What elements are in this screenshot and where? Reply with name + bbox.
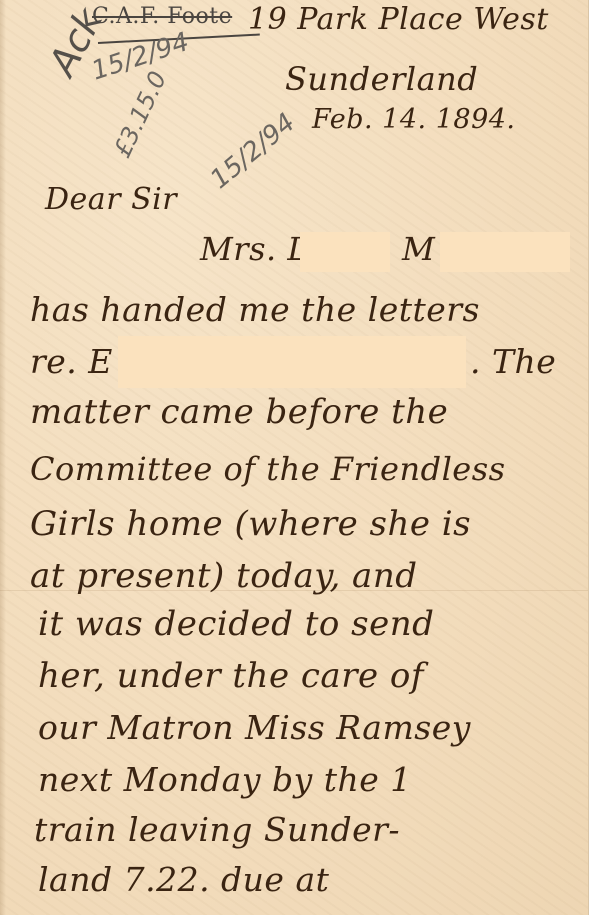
letter-page: Ack C.A.F. Foote 15/2/94 £3.15.0 15/2/94… xyxy=(0,0,589,915)
body-line-1: has handed me the letters xyxy=(30,290,480,329)
address-line-2: Sunderland xyxy=(285,60,478,98)
address-line-1: 19 Park Place West xyxy=(248,2,549,37)
body-line-5: Girls home (where she is xyxy=(30,504,471,544)
body-line-8: her, under the care of xyxy=(38,656,424,696)
letter-date: Feb. 14. 1894. xyxy=(312,104,516,135)
redacted-surname-first xyxy=(300,232,390,272)
body-line-11: train leaving Sunder- xyxy=(34,810,400,849)
body-line-9: our Matron Miss Ramsey xyxy=(38,708,471,747)
amount-annotation: £3.15.0 xyxy=(108,67,172,162)
body-line-3: matter came before the xyxy=(30,392,448,432)
subject-prefix: Mrs. L xyxy=(200,230,309,268)
body-line-6: at present) today, and xyxy=(30,556,418,596)
body-line-10: next Monday by the 1 xyxy=(38,760,412,799)
body-line-2-end: . The xyxy=(470,342,556,381)
struck-name-annotation: C.A.F. Foote xyxy=(92,4,232,29)
redacted-name xyxy=(118,336,466,388)
body-line-4: Committee of the Friendless xyxy=(30,450,506,488)
subject-suffix: M xyxy=(402,230,435,268)
body-line-12: land 7.22. due at xyxy=(38,860,329,899)
body-line-7: it was decided to send xyxy=(38,604,434,644)
body-line-2-start: re. E xyxy=(30,342,113,381)
redacted-surname-last xyxy=(440,232,570,272)
ack-date-annotation: 15/2/94 xyxy=(205,108,301,195)
salutation: Dear Sir xyxy=(45,182,177,217)
